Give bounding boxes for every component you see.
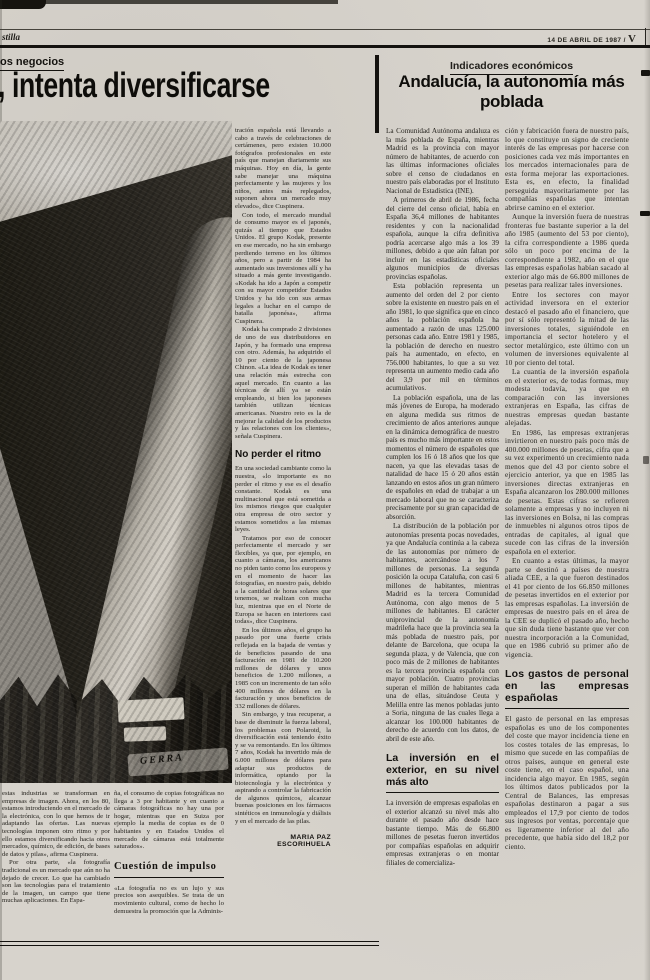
byline: MARIA PAZ ESCORIHUELA — [235, 834, 331, 848]
paragraph: tración española está llevando a cabo a … — [235, 127, 331, 211]
paragraph: La inversión de empresas españolas en el… — [386, 799, 499, 867]
kodak-main-column: tración española está llevando a cabo a … — [235, 126, 331, 934]
paragraph: Entre los sectores con mayor actividad i… — [505, 291, 629, 368]
subhead-cuestion-de-impulso: Cuestión de impulso — [114, 861, 224, 878]
paragraph: Tratamos por eso de conocer perfectament… — [235, 535, 331, 626]
paragraph: En cuanto a estas últimas, la mayor part… — [505, 557, 629, 659]
header-rule-thick — [0, 45, 650, 48]
date-text: 14 DE ABRIL DE 1987 — [547, 37, 621, 44]
paragraph: La cuantía de la inversión española en e… — [505, 368, 629, 428]
subhead-no-perder-el-ritmo: No perder el ritmo — [235, 449, 331, 460]
left-article-headline: , intenta diversificarse — [0, 66, 332, 106]
column-divider-rule — [375, 55, 379, 133]
kodak-bottom-middle-column: ña, el consumo de copias fotográficas no… — [114, 789, 224, 939]
paragraph: En 1986, las empresas extranjeras invirt… — [505, 429, 629, 557]
paragraph: Aunque la inversión fuera de nuestras fr… — [505, 213, 629, 290]
header-rule-thin — [0, 29, 650, 30]
paragraph: La distribución de la población por auto… — [386, 522, 499, 743]
subhead-la-inversion-en-el-exterior: La inversión en el exterior, en su nivel… — [386, 752, 499, 793]
paragraph: ción y fabricación fuera de nuestro país… — [505, 127, 629, 212]
scan-artifact-corner-blob — [0, 0, 46, 9]
scan-artifact-right-mark — [643, 456, 649, 464]
paragraph: En una sociedad cambiante como la nuestr… — [235, 465, 331, 533]
scan-artifact-right-mark — [640, 211, 650, 216]
illustration-grain-texture — [0, 121, 232, 783]
article-end-double-rule — [0, 941, 379, 946]
indicadores-column-2: ción y fabricación fuera de nuestro país… — [505, 126, 629, 971]
paragraph: estas industrias se transforman en empre… — [2, 790, 110, 858]
camera-charcoal-illustration: GERRA — [0, 121, 232, 783]
paragraph: Por otra parte, «la fotografía tradicion… — [2, 859, 110, 905]
paragraph: «La fotografía no es un lujo y sus preci… — [114, 885, 224, 915]
scan-artifact-right-mark — [641, 70, 650, 76]
paragraph: ña, el consumo de copias fotográficas no… — [114, 790, 224, 851]
masthead-date: 14 DE ABRIL DE 1987 / V — [547, 33, 636, 45]
scan-artifact-top-smudge — [0, 0, 338, 4]
masthead-section-name: stilla — [2, 32, 20, 42]
date-separator: / — [624, 37, 626, 44]
right-article-headline: Andalucía, la autonomía más poblada — [383, 72, 640, 112]
page-right-edge — [644, 0, 650, 980]
paragraph: Sin embargo, y tras recuperar, a base de… — [235, 711, 331, 825]
paragraph: A primeros de abril de 1986, fecha del c… — [386, 196, 499, 281]
paragraph: La Comunidad Autónoma andaluza es la más… — [386, 127, 499, 195]
paragraph: Kodak ha comprado 2 divisiones de uno de… — [235, 326, 331, 440]
paragraph: La población española, una de las más jó… — [386, 394, 499, 522]
indicadores-column-1: La Comunidad Autónoma andaluza es la más… — [386, 126, 499, 978]
kodak-bottom-left-column: estas industrias se transforman en empre… — [2, 789, 110, 939]
paragraph: En los últimos años, el grupo ha pasado … — [235, 627, 331, 711]
page-number: V — [628, 33, 636, 45]
subhead-los-gastos-de-personal: Los gastos de personal en las empresas e… — [505, 668, 629, 709]
paragraph: Con todo, el mercado mundial de consumo … — [235, 212, 331, 326]
paragraph: Esta población representa un aumento del… — [386, 282, 499, 393]
paragraph: El gasto de personal en las empresas esp… — [505, 715, 629, 851]
newspaper-page: stilla 14 DE ABRIL DE 1987 / V os negoci… — [0, 0, 650, 980]
